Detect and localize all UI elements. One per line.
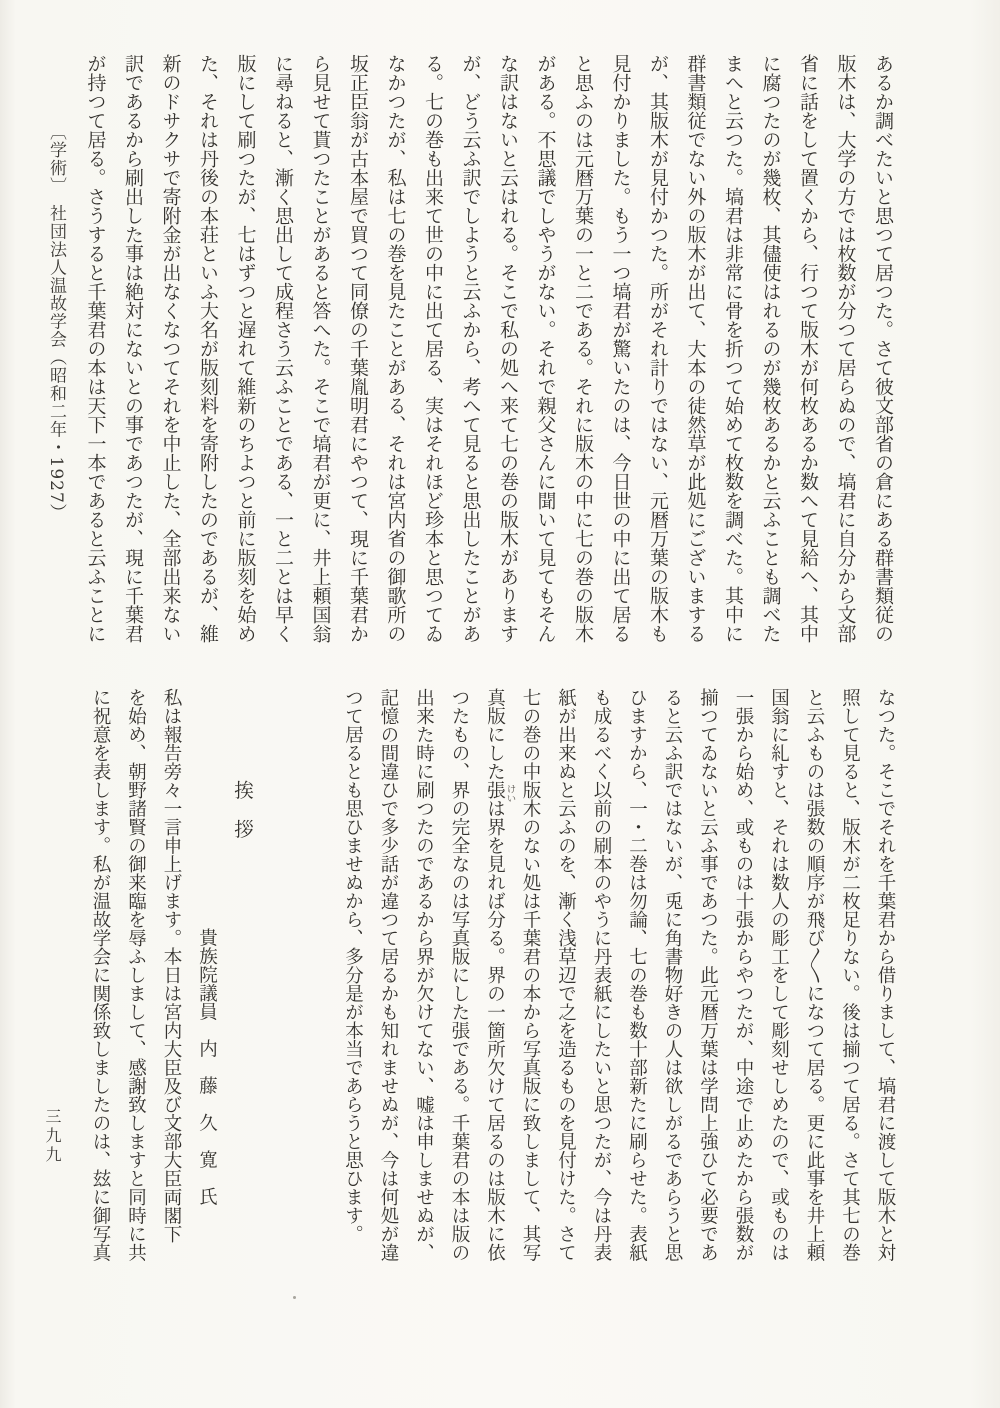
text-column: 出来た時に刷つたのであるから界が欠けてない、嘘は申しませぬが、	[406, 688, 442, 1268]
text-column: 揃つてゐないと云ふ事であつた。此元暦万葉は学問上強ひて必要であ	[690, 688, 726, 1268]
column-text: 真版にした張は界を見れば分る。界の一箇所欠けて居るのは版木に依	[485, 688, 506, 1262]
text-column: た、それは丹後の本荘といふ大名が版刻料を寄附したのであるが、維	[189, 54, 227, 654]
text-column: 一張から始め、或ものは十張からやつたが、中途で止めたから張数が	[726, 688, 762, 1268]
text-column: が持つて居る。さうすると千葉君の本は天下一本であると云ふことに	[76, 54, 114, 654]
text-column: まへと云つた。塙君は非常に骨を折つて始めて枚数を調べた。其中に	[714, 54, 752, 654]
text-column: 真版にした張は界を見れば分る。界の一箇所欠けて居るのは版木に依 けい	[477, 688, 513, 1268]
text-column: に祝意を表します。私が温故学会に関係致しましたのは、玆に御写真	[83, 688, 119, 1268]
text-column: 版木は、大学の方では枚数が分つて居らぬので、塙君に自分から文部	[826, 54, 864, 654]
text-column: ひますから、一・二巻は勿論、七の巻も数十部新たに刷らせた。表紙	[619, 688, 655, 1268]
text-column: ら見せて貰つたことがあると答へた。そこで塙君が更に、井上頼国翁	[301, 54, 339, 654]
speaker-byline: 貴族院議員 内 藤 久 寛 氏	[189, 688, 225, 1268]
text-column: あるか調べたいと思つて居つた。さて彼文部省の倉にある群書類従の	[864, 54, 902, 654]
running-header: 〔学術〕 社団法人温故学会（昭和二年・1927）	[42, 123, 70, 563]
text-column: 見付かりました。もう一つ塙君が驚いたのは、今日世の中に出て居る	[601, 54, 639, 654]
text-column: 訳であるから刷出した事は絶対にないとの事であつたが、現に千葉君	[114, 54, 152, 654]
text-column: る。七の巻も出来て世の中に出て居る、実はそれほど珍本と思つてゐ	[414, 54, 452, 654]
text-column: も成るべく以前の刷本のやうに丹表紙にしたいと思つたが、今は丹表	[584, 688, 620, 1268]
text-column: と思ふのは元暦万葉の一と二である。それに版木の中に七の巻の版木	[564, 54, 602, 654]
text-column: ると云ふ訳ではないが、兎に角書物好きの人は欲しがるであらうと思	[655, 688, 691, 1268]
page-number: 三九九	[40, 1108, 64, 1165]
text-column: な訳はないと云はれる。そこで私の処へ来て七の巻の版木があります	[489, 54, 527, 654]
text-column: 照して見ると、版木が二枚足りない。後は揃つて居る。さて其七の巻	[832, 688, 868, 1268]
text-column: つたもの、界の完全なのは写真版にした張である。千葉君の本は版の	[442, 688, 478, 1268]
text-column: 省に話をして置くから、行つて版木が何枚あるか数へて見給へ、其中	[789, 54, 827, 654]
text-column: が、其版木が見付かつた。所がそれ計りではない、元暦万葉の版木も	[639, 54, 677, 654]
text-column: を始め、朝野諸賢の御来臨を辱ふしまして、感謝致しますと同時に共	[118, 688, 154, 1268]
text-column: がある。不思議でしやうがない。それで親父さんに聞いて見てもそん	[526, 54, 564, 654]
scanned-page: 〔学術〕 社団法人温故学会（昭和二年・1927） あるか調べたいと思つて居つた。…	[0, 0, 1000, 1408]
text-column: に腐つたのが幾枚、其儘使はれるのが幾枚あるかと云ふことも調べた	[751, 54, 789, 654]
text-column: 版にして刷つたが、七はずつと遅れて維新のちよつと前に版刻を始め	[226, 54, 264, 654]
text-column: なつた。そこでそれを千葉君から借りまして、塙君に渡して版木と対	[868, 688, 904, 1268]
text-column: と云ふものは張数の順序が飛び〳〵になつて居る。更に此事を井上頼	[797, 688, 833, 1268]
text-column: 群書類従でない外の版木が出て、大本の徒然草が此処にございまする	[676, 54, 714, 654]
text-column: 私は報告旁々一言申上げます。本日は宮内大臣及び文部大臣両閣下	[154, 688, 190, 1268]
section-heading: 挨 拶	[225, 688, 261, 1268]
text-column: が、どう云ふ訳でしようと云ふから、考へて見ると思出したことがあ	[451, 54, 489, 654]
text-column: 七の巻の中版木のない処は千葉君の本から写真版に致しまして、其写	[513, 688, 549, 1268]
text-column: 国翁に糺すと、それは数人の彫工をして彫刻せしめたので、或ものは	[761, 688, 797, 1268]
text-column: なかつたが、私は七の巻を見たことがある、それは宮内省の御歌所の	[376, 54, 414, 654]
text-column: 坂正臣翁が古本屋で買つて同僚の千葉胤明君にやつて、現に千葉君か	[339, 54, 377, 654]
furigana-annotation: けい	[505, 784, 516, 803]
text-column: 紙が出来ぬと云ふのを、漸く浅草辺で之を造るものを見付けた。さて	[548, 688, 584, 1268]
text-column: に尋ねると、漸く思出して成程さう云ふことである、一と二とは早く	[264, 54, 302, 654]
text-column: 記憶の間違ひで多少話が違つて居るかも知れませぬが、今は何処が違	[371, 688, 407, 1268]
text-column: 新のドサクサで寄附金が出なくなつてそれを中止した、全部出来ない	[151, 54, 189, 654]
top-text-block: あるか調べたいと思つて居つた。さて彼文部省の倉にある群書類従の 版木は、大学の方…	[76, 54, 901, 654]
text-column: つて居るとも思ひませぬから、多分是が本当であらうと思ひます。	[335, 688, 371, 1268]
bottom-text-block: なつた。そこでそれを千葉君から借りまして、塙君に渡して版木と対 照して見ると、版…	[83, 688, 904, 1268]
scan-speck	[293, 1296, 296, 1299]
